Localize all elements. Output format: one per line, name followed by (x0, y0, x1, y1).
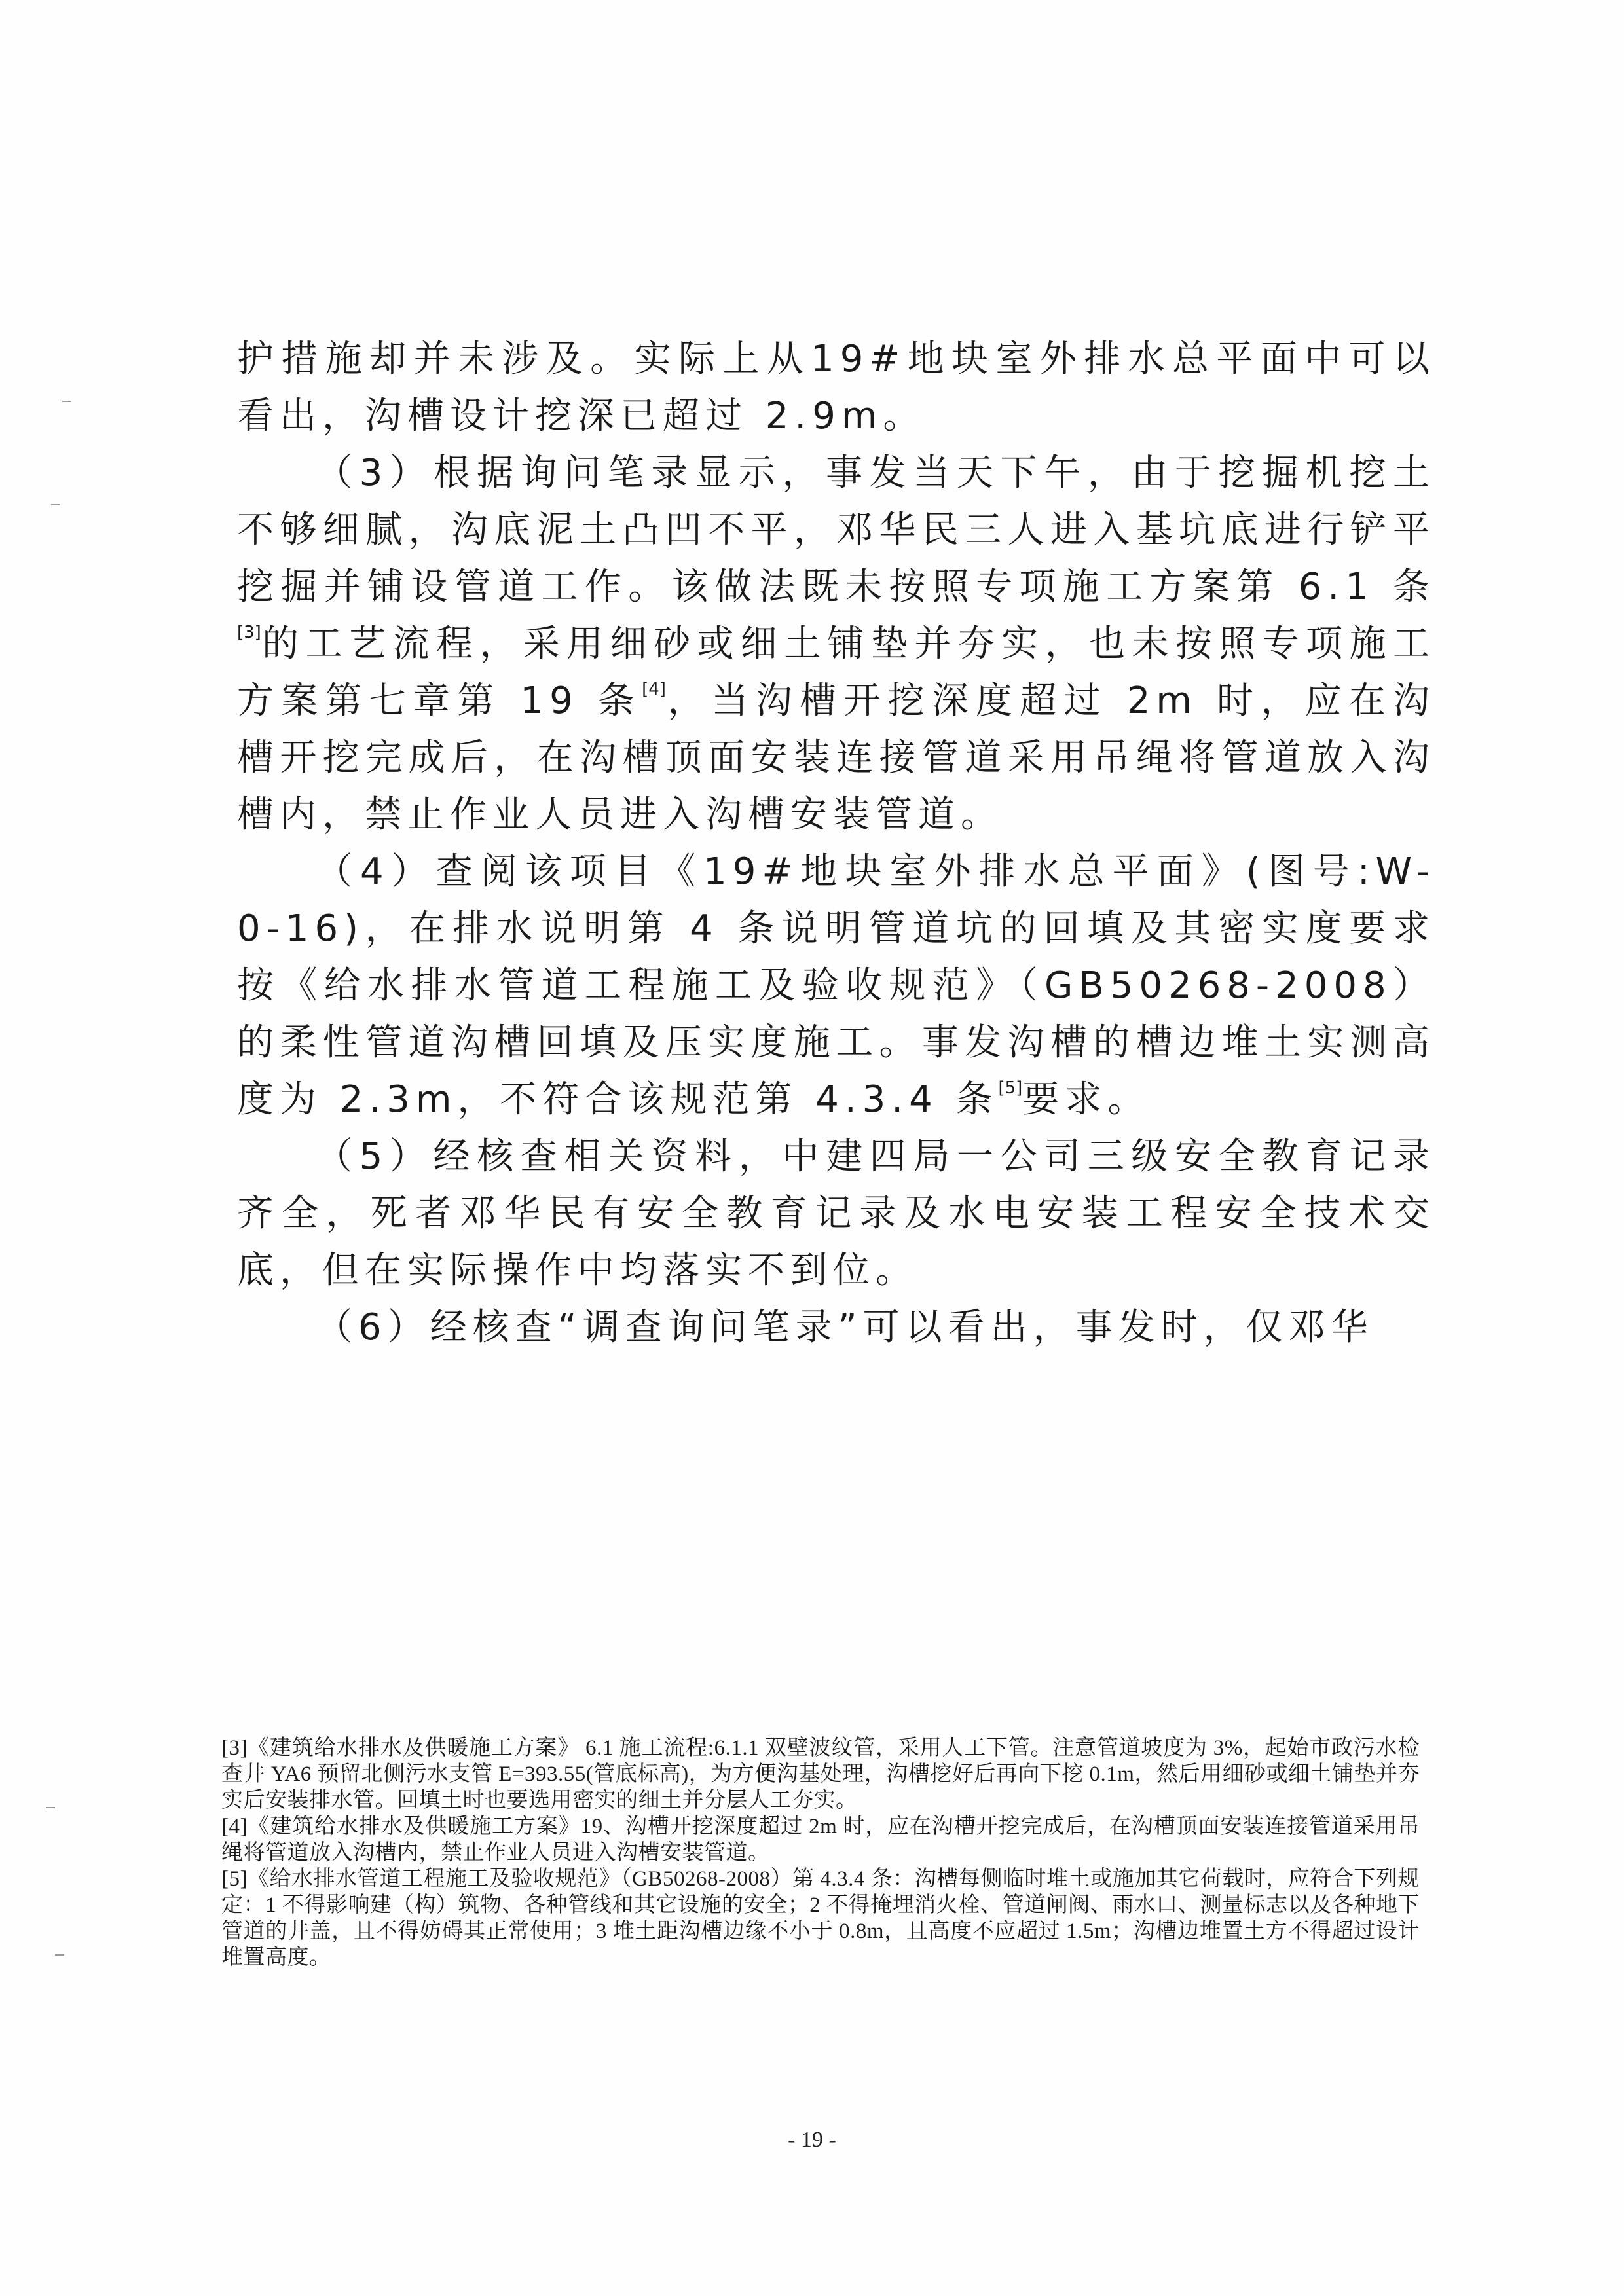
footnote-text: 《给水排水管道工程施工及验收规范》（GB50268-2008）第 4.3.4 条… (221, 1867, 1420, 1969)
footnote-text: 《建筑给水排水及供暖施工方案》 6.1 施工流程:6.1.1 双壁波纹管，采用人… (221, 1736, 1420, 1812)
paragraph-p3: （3）根据询问笔录显示，事发当天下午，由于挖掘机挖土不够细腻，沟底泥土凸凹不平，… (237, 445, 1435, 843)
footnote-item: [3]《建筑给水排水及供暖施工方案》 6.1 施工流程:6.1.1 双壁波纹管，… (221, 1735, 1420, 1813)
footnote-label: [5] (221, 1867, 248, 1891)
paragraph-text: 护措施却并未涉及。实际上从19#地块室外排水总平面中可以看出，沟槽设计挖深已超过… (237, 338, 1435, 437)
document-page: 护措施却并未涉及。实际上从19#地块室外排水总平面中可以看出，沟槽设计挖深已超过… (0, 0, 1624, 2296)
scan-mark (46, 1807, 55, 1808)
footnote-label: [4] (221, 1815, 248, 1838)
body-text: 护措施却并未涉及。实际上从19#地块室外排水总平面中可以看出，沟槽设计挖深已超过… (237, 331, 1435, 1356)
paragraph-text: （4）查阅该项目《19#地块室外排水总平面》(图号:W-0-16)，在排水说明第… (237, 850, 1435, 1121)
page-number: - 19 - (0, 2128, 1624, 2153)
paragraph-text: （3）根据询问笔录显示，事发当天下午，由于挖掘机挖土不够细腻，沟底泥土凸凹不平，… (237, 452, 1435, 608)
footnotes: [3]《建筑给水排水及供暖施工方案》 6.1 施工流程:6.1.1 双壁波纹管，… (221, 1735, 1420, 1971)
paragraph-text: （6）经核查“调查询问笔录”可以看出，事发时，仅邓华 (316, 1306, 1374, 1349)
footnote-label: [3] (221, 1736, 248, 1760)
paragraph-p-cont: 护措施却并未涉及。实际上从19#地块室外排水总平面中可以看出，沟槽设计挖深已超过… (237, 331, 1435, 445)
footnote-text: 《建筑给水排水及供暖施工方案》19、沟槽开挖深度超过 2m 时，应在沟槽开挖完成… (221, 1815, 1420, 1865)
paragraph-p6: （6）经核查“调查询问笔录”可以看出，事发时，仅邓华 (237, 1299, 1435, 1356)
footnote-reference[interactable]: [4] (642, 680, 666, 699)
footnote-item: [5]《给水排水管道工程施工及验收规范》（GB50268-2008）第 4.3.… (221, 1866, 1420, 1971)
scan-mark (55, 1954, 64, 1956)
footnote-item: [4]《建筑给水排水及供暖施工方案》19、沟槽开挖深度超过 2m 时，应在沟槽开… (221, 1813, 1420, 1866)
paragraph-text: 要求。 (1022, 1078, 1150, 1121)
footnote-reference[interactable]: [5] (999, 1078, 1023, 1098)
paragraph-p4: （4）查阅该项目《19#地块室外排水总平面》(图号:W-0-16)，在排水说明第… (237, 843, 1435, 1128)
paragraph-p5: （5）经核查相关资料，中建四局一公司三级安全教育记录齐全，死者邓华民有安全教育记… (237, 1128, 1435, 1299)
paragraph-text: （5）经核查相关资料，中建四局一公司三级安全教育记录齐全，死者邓华民有安全教育记… (237, 1135, 1435, 1292)
scan-mark (51, 504, 60, 505)
footnote-reference[interactable]: [3] (237, 623, 261, 642)
scan-mark (62, 401, 71, 402)
